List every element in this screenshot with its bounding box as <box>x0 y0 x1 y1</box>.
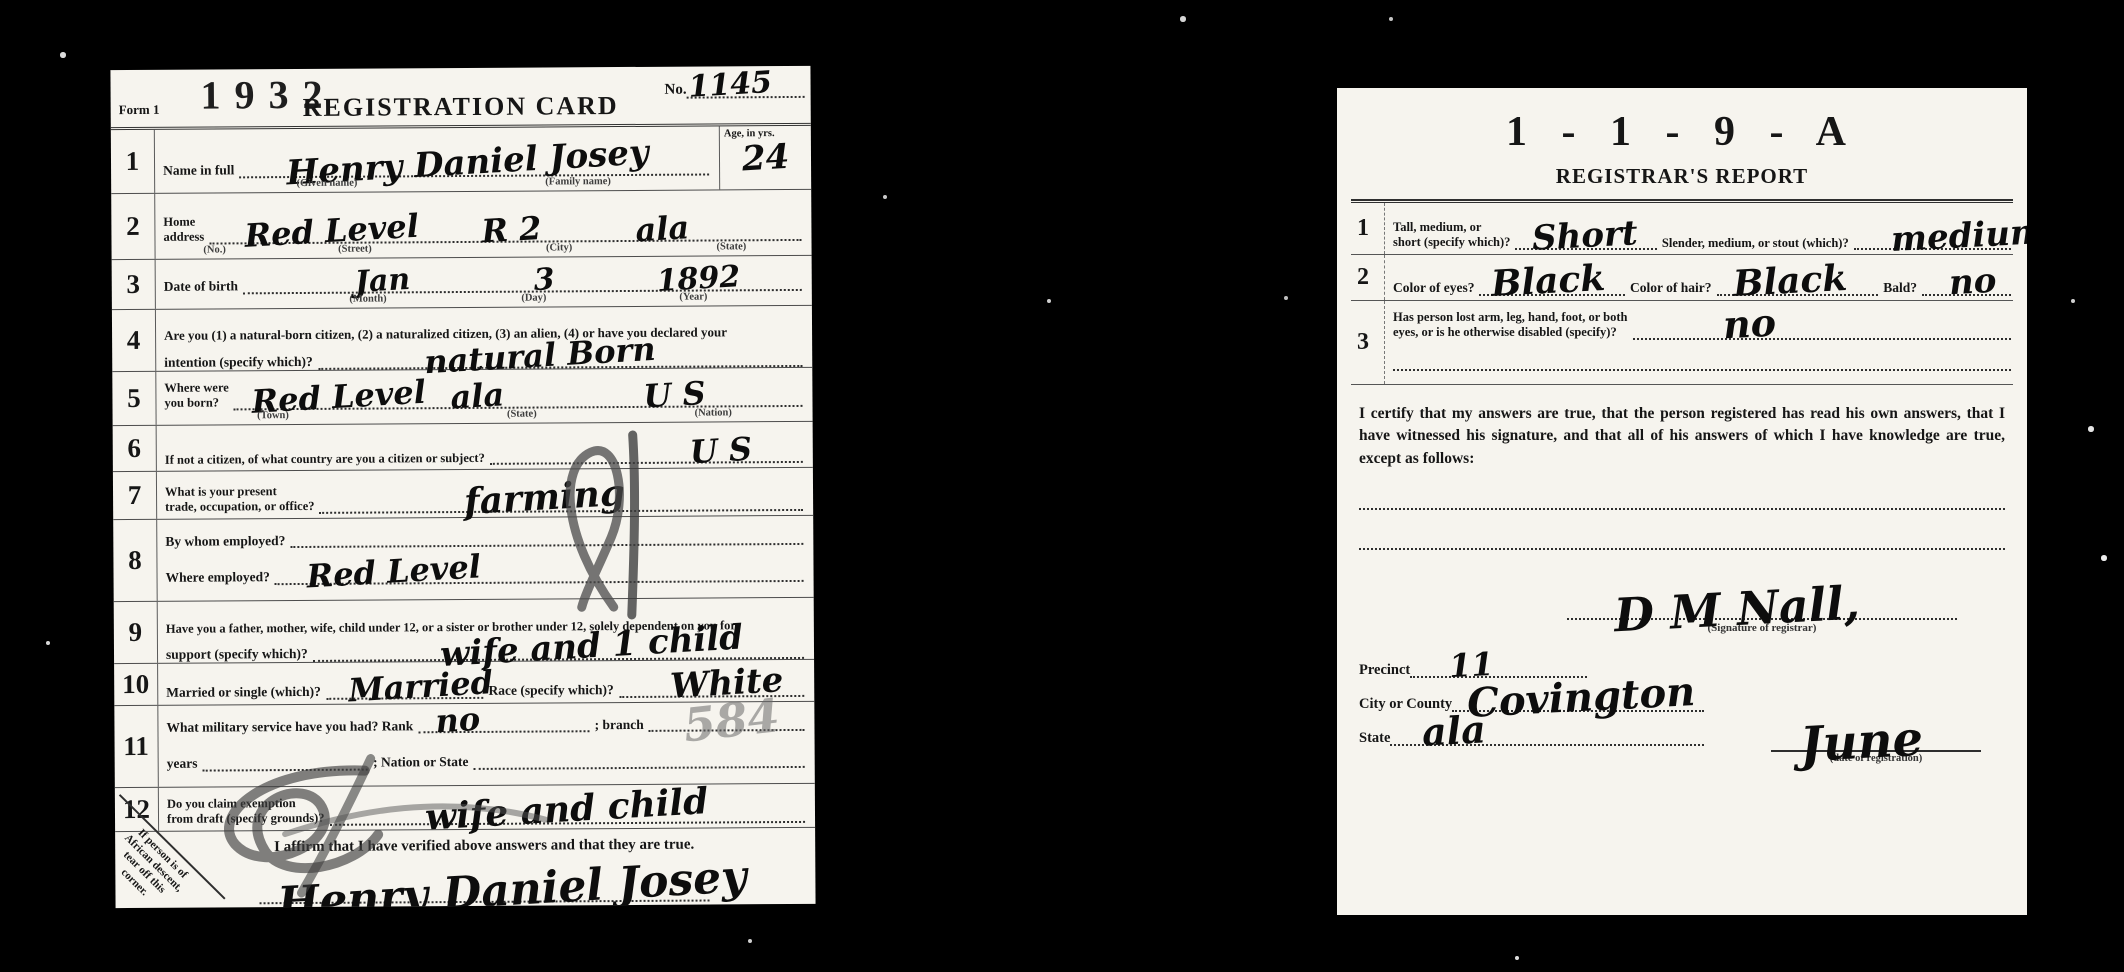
state-label: State <box>1359 730 1390 747</box>
sublabel-family-name: (Family name) <box>545 176 611 187</box>
handwritten-registration-date: June <box>1799 715 1924 769</box>
answer-blank: wife and child <box>329 805 805 826</box>
field-label-years: years <box>167 756 198 772</box>
handwritten-build: medium <box>1891 215 2027 257</box>
field-number: 8 <box>113 520 157 601</box>
state-row: State ala <box>1359 728 1704 746</box>
sublabel-street: (Street) <box>338 244 372 255</box>
field-label-line2: short (specify which)? <box>1393 235 1510 250</box>
order-number-group: No. 1145 <box>664 80 804 99</box>
field-row-date-of-birth: 3 Date of birth Jan 3 1892 (Month) (Day)… <box>112 256 812 310</box>
field-number: 1 <box>1351 203 1385 254</box>
handwritten-bald: no <box>1948 264 1997 300</box>
pencil-number: 584 <box>681 692 782 748</box>
field-label-nation-or-state: ; Nation or State <box>373 754 468 770</box>
field-label-marital: Married or single (which)? <box>166 684 321 700</box>
field-label-line2: address <box>163 230 204 245</box>
answer-blank: 584 <box>649 713 805 732</box>
order-number-value: 1145 <box>688 68 773 103</box>
field-label-line2: support (specify which)? <box>166 646 308 662</box>
registrar-signature: D M Nall, <box>1613 580 1861 639</box>
report-header: 1 - 1 - 9 - A REGISTRAR'S REPORT <box>1337 88 2027 199</box>
sublabel-day: (Day) <box>521 292 546 303</box>
answer-blank: Married <box>326 681 484 700</box>
order-number-label: No. <box>664 82 686 99</box>
handwritten-state: ala <box>1421 711 1487 752</box>
field-number: 7 <box>113 472 157 519</box>
field-label: Name in full <box>163 163 234 179</box>
sublabel-month: (Month) <box>349 293 386 304</box>
handwritten-age: 24 <box>741 140 790 177</box>
field-row-dependents: 9 Have you a father, mother, wife, child… <box>114 598 814 664</box>
answer-blank: natural Born <box>318 349 803 370</box>
handwritten-birth-day: 3 <box>533 265 556 296</box>
field-row-birthplace: 5 Where were you born? Red Level ala U S… <box>112 368 812 426</box>
field-label-line1: Do you claim exemption <box>167 796 325 812</box>
field-label: What is your present trade, occupation, … <box>165 484 315 515</box>
answer-blank: wife and 1 child <box>313 641 804 662</box>
handwritten-exemption: wife and child <box>424 783 709 836</box>
field-number: 4 <box>112 310 156 371</box>
report-title: REGISTRAR'S REPORT <box>1337 164 2027 199</box>
certification-text: I certify that my answers are true, that… <box>1359 403 2005 470</box>
registration-date-block: June (date of registration) <box>1771 704 1981 764</box>
exception-blank-line <box>1359 540 2005 550</box>
field-label: Date of birth <box>164 279 238 295</box>
field-number: 2 <box>111 194 155 259</box>
sublabel-year: (Year) <box>679 292 707 303</box>
answer-blank <box>290 527 803 548</box>
answer-blank <box>473 750 804 770</box>
field-number: 2 <box>1351 255 1385 300</box>
field-label-line2: eyes, or is he otherwise disabled (speci… <box>1393 325 1628 340</box>
answer-blank: no <box>418 714 589 733</box>
field-label-line1: Has person lost arm, leg, hand, foot, or… <box>1393 310 1628 325</box>
card-header: Form 1 1932 REGISTRATION CARD No. 1145 <box>110 66 810 130</box>
field-row-home-address: 2 Home address Red Level R 2 ala (No.) (… <box>111 190 811 260</box>
handwritten-precinct: 11 <box>1448 648 1494 682</box>
field-number: 3 <box>112 260 156 309</box>
field-label-race: Race (specify which)? <box>488 683 613 699</box>
field-label: Home address <box>163 215 204 245</box>
location-section: Precinct 11 City or County Covington Sta… <box>1359 660 1704 746</box>
sublabel-state: (State) <box>507 409 537 420</box>
field-label-branch: ; branch <box>595 717 644 733</box>
form-code: 1 - 1 - 9 - A <box>1337 108 2027 156</box>
field-label-where: Where employed? <box>166 569 270 585</box>
field-label-height: Tall, medium, or short (specify which)? <box>1393 220 1510 250</box>
answer-blank: Red Level <box>275 564 804 585</box>
field-label-line1: What is your present <box>165 484 314 500</box>
registrars-report-card: 1 - 1 - 9 - A REGISTRAR'S REPORT 1 Tall,… <box>1337 88 2027 915</box>
answer-blank: U S <box>490 445 803 465</box>
answer-blank: no <box>1922 280 2011 296</box>
field-number: 10 <box>114 664 158 705</box>
sublabel-no: (No.) <box>203 244 226 255</box>
age-cell: Age, in yrs. 24 <box>719 126 811 190</box>
handwritten-military-service: no <box>434 703 480 738</box>
handwritten-occupation: farming <box>464 475 627 520</box>
field-label: If not a citizen, of what country are yo… <box>165 450 485 466</box>
field-label-hair: Color of hair? <box>1630 280 1712 296</box>
answer-blank <box>202 752 368 771</box>
answer-blank: Covington <box>1452 694 1704 712</box>
field-label-line1: Tall, medium, or <box>1393 220 1510 235</box>
report-row-eyes-hair: 2 Color of eyes? Black Color of hair? Bl… <box>1351 255 2013 301</box>
field-label-disability: Has person lost arm, leg, hand, foot, or… <box>1393 310 1628 340</box>
signature-blank: Henry Daniel Josey <box>259 856 710 905</box>
handwritten-foreign-citizenship: U S <box>689 433 753 469</box>
field-row-exemption: 12 Do you claim exemption from draft (sp… <box>115 784 815 832</box>
sublabel-state: (State) <box>716 241 746 252</box>
answer-blank: ala <box>1390 728 1704 746</box>
field-label-line1: Home <box>163 215 204 230</box>
field-row-name: 1 Name in full Henry Daniel Josey (Given… <box>111 126 811 194</box>
registrar-signature-blank: D M Nall, <box>1567 564 1957 620</box>
field-row-occupation: 7 What is your present trade, occupation… <box>113 468 813 520</box>
answer-blank: Black <box>1479 280 1625 296</box>
field-number: 1 <box>111 130 155 193</box>
handwritten-eye-color: Black <box>1490 260 1606 302</box>
handwritten-employer-location: Red Level <box>306 550 482 592</box>
field-number: 5 <box>112 372 156 425</box>
exception-blank-line <box>1359 500 2005 510</box>
form-number-label: Form 1 <box>119 102 160 118</box>
field-row-employer: 8 By whom employed? Where employed? Red … <box>113 516 813 602</box>
answer-blank: farming <box>319 493 803 514</box>
sublabel-given-name: (Given name) <box>296 178 357 189</box>
field-number: 3 <box>1351 301 1385 384</box>
field-label-eyes: Color of eyes? <box>1393 280 1474 296</box>
city-county-row: City or County Covington <box>1359 694 1704 712</box>
answer-blank <box>1393 369 2011 371</box>
field-label: Where were you born? <box>164 380 229 410</box>
card-title: REGISTRATION CARD <box>303 91 619 123</box>
registrant-signature: Henry Daniel Josey <box>276 855 747 908</box>
field-label-build: Slender, medium, or stout (which)? <box>1662 236 1849 250</box>
handwritten-city-county: Covington <box>1466 672 1696 724</box>
registration-card: Form 1 1932 REGISTRATION CARD No. 1145 1… <box>110 66 815 908</box>
sublabel-nation: (Nation) <box>695 407 732 418</box>
field-label-line2: from draft (specify grounds)? <box>167 811 325 827</box>
field-row-military-service: 11 What military service have you had? R… <box>114 702 814 788</box>
field-number: 9 <box>114 602 158 663</box>
field-label: Do you claim exemption from draft (speci… <box>167 796 325 827</box>
answer-blank: Black <box>1717 280 1879 296</box>
field-label-line1: Where were <box>164 380 229 395</box>
precinct-label: Precinct <box>1359 662 1410 679</box>
field-label-line2: trade, occupation, or office? <box>165 499 314 515</box>
date-blank: June <box>1771 704 1981 752</box>
answer-blank: Short <box>1515 234 1657 250</box>
answer-blank: no <box>1633 324 2011 340</box>
report-row-disability: 3 Has person lost arm, leg, hand, foot, … <box>1351 301 2013 385</box>
field-label-line2: you born? <box>164 395 229 410</box>
field-row-foreign-citizenship: 6 If not a citizen, of what country are … <box>113 422 813 472</box>
sublabel-town: (Town) <box>257 410 289 421</box>
order-number-blank: 1145 <box>687 80 805 99</box>
field-number: 11 <box>114 706 158 787</box>
handwritten-height: Short <box>1532 216 1639 255</box>
report-row-build: 1 Tall, medium, or short (specify which)… <box>1351 203 2013 255</box>
field-label-line2: intention (specify which)? <box>164 354 313 370</box>
field-row-citizenship: 4 Are you (1) a natural-born citizen, (2… <box>112 306 812 372</box>
dust-specks <box>0 0 2 2</box>
field-label-rank: What military service have you had? Rank <box>166 718 413 735</box>
sublabel-city: (City) <box>546 242 572 253</box>
field-label-bald: Bald? <box>1883 280 1917 296</box>
answer-blank: medium <box>1854 234 2011 250</box>
field-label-by-whom: By whom employed? <box>165 533 285 549</box>
handwritten-disability: no <box>1722 303 1777 344</box>
handwritten-hair-color: Black <box>1732 260 1848 302</box>
field-number: 6 <box>113 426 157 471</box>
